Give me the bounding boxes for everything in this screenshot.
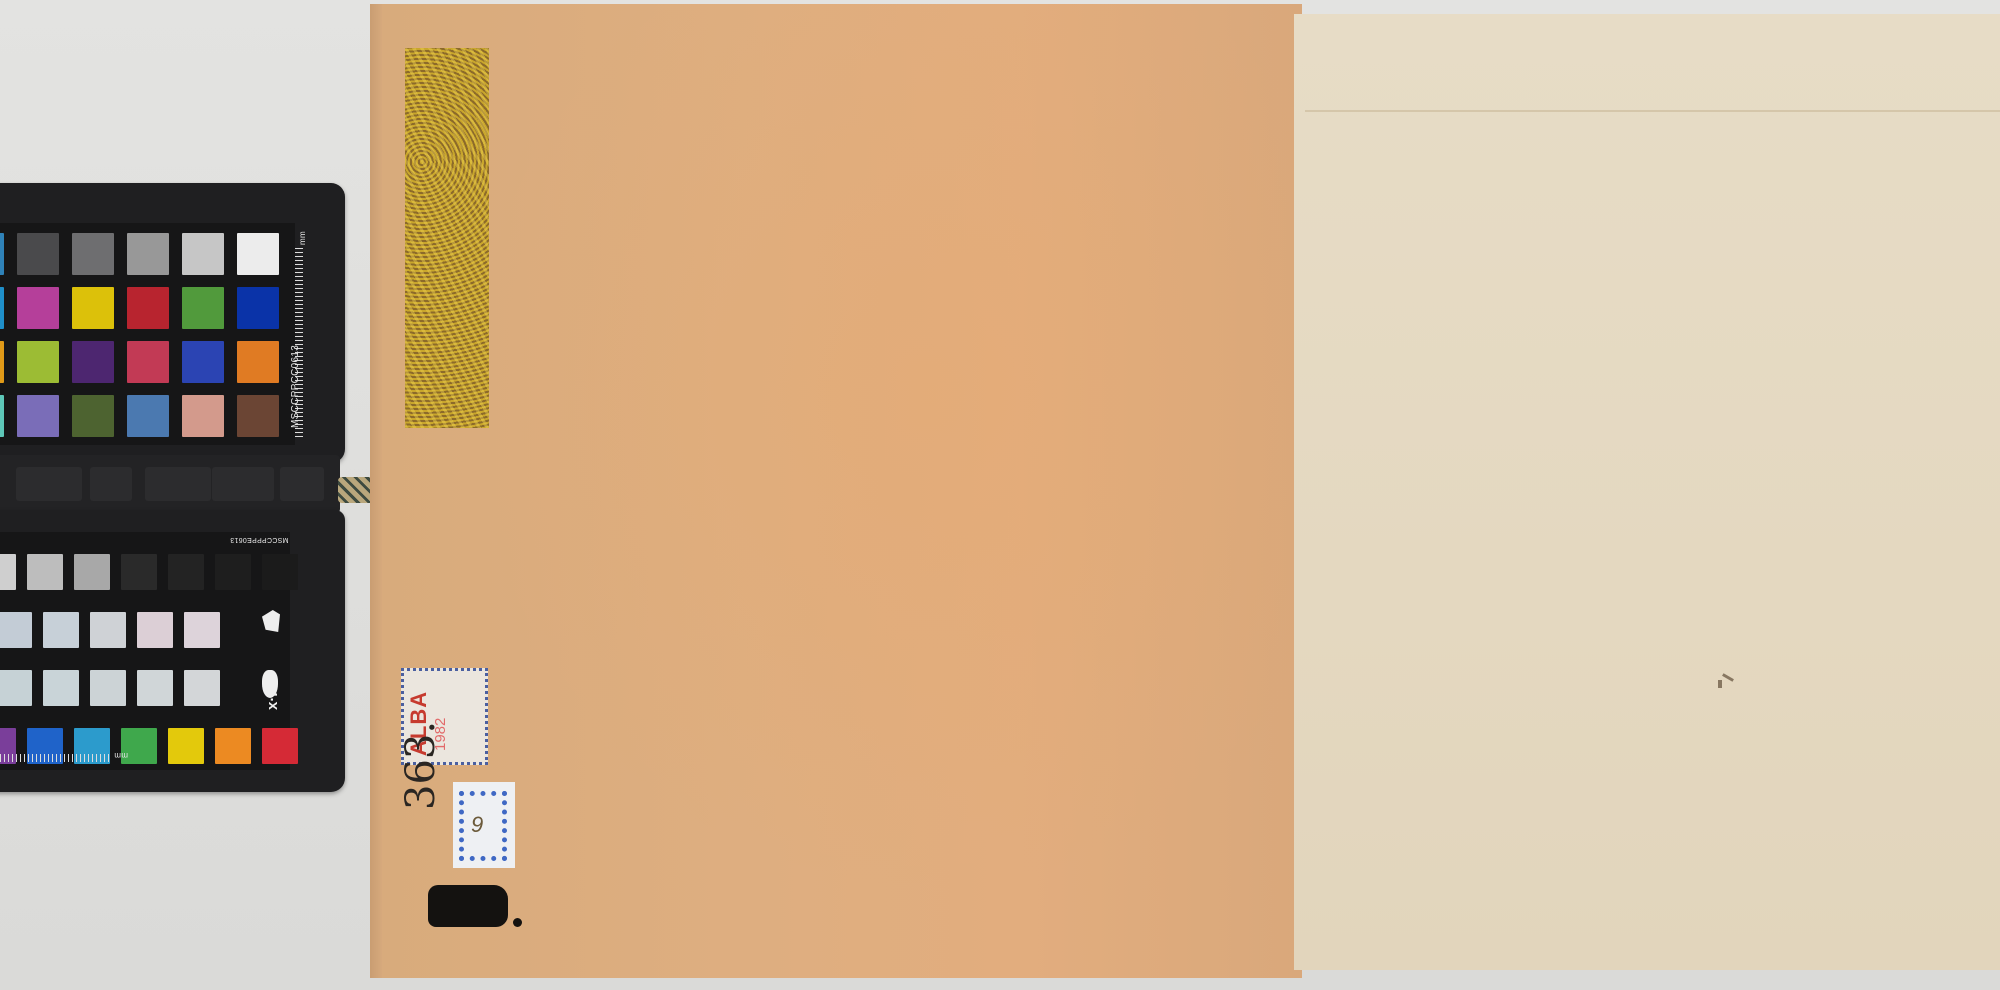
- hinge-segment: [16, 467, 82, 501]
- color-patch: [215, 728, 251, 764]
- paper-crease: [1305, 110, 2000, 112]
- scroll-paper: [1294, 14, 2000, 970]
- checker-bottom-code: MSCCPPPE0613: [230, 536, 288, 543]
- color-patch: [17, 233, 59, 275]
- color-patch: [184, 612, 220, 648]
- checker-bottom-unit: mm: [114, 751, 128, 760]
- scroll-cover-edge: [370, 4, 382, 978]
- color-patch: [237, 233, 279, 275]
- color-patch: [121, 554, 157, 590]
- color-patch: [72, 341, 114, 383]
- color-patch: [168, 554, 204, 590]
- color-patch: [137, 670, 173, 706]
- hinge-segment: [280, 467, 324, 501]
- color-patch: [17, 395, 59, 437]
- color-patch: [237, 341, 279, 383]
- stamp-label-mark: 9: [471, 812, 483, 838]
- color-patch: [90, 670, 126, 706]
- color-patch: [72, 395, 114, 437]
- color-patch: [137, 612, 173, 648]
- color-patch: [72, 287, 114, 329]
- checker-top-code: MSCCPPCC0613: [290, 345, 301, 428]
- color-patch: [43, 612, 79, 648]
- checker-top-unit: mm: [298, 231, 307, 245]
- mm-ruler-horizontal: [0, 754, 110, 762]
- hinge-segment: [90, 467, 132, 501]
- color-patch: [74, 554, 110, 590]
- color-patch: [127, 233, 169, 275]
- color-patch: [237, 395, 279, 437]
- hinge-segment: [145, 467, 211, 501]
- color-patch: [43, 670, 79, 706]
- color-patch: [127, 287, 169, 329]
- color-patch: [182, 233, 224, 275]
- color-checker-top: MSCCPPCC0613 mm: [0, 183, 345, 463]
- color-patch: [0, 670, 32, 706]
- color-patch: [127, 341, 169, 383]
- color-patch: [17, 287, 59, 329]
- color-patch: [90, 612, 126, 648]
- color-patch: [237, 287, 279, 329]
- color-patch: [215, 554, 251, 590]
- checker-hinge: [0, 455, 340, 513]
- color-patch: [27, 554, 63, 590]
- color-patch: [182, 341, 224, 383]
- color-patch: [0, 287, 4, 329]
- color-patch: [0, 341, 4, 383]
- color-patch: [0, 554, 16, 590]
- color-patch: [0, 612, 32, 648]
- color-patch: [182, 395, 224, 437]
- gold-title-strip: [405, 48, 489, 428]
- color-patch: [182, 287, 224, 329]
- color-patch: [127, 395, 169, 437]
- color-checker-bottom: MSCCPPPE0613 mm x·rite: [0, 510, 345, 792]
- color-patch: [168, 728, 204, 764]
- color-patch: [0, 395, 4, 437]
- color-patch: [262, 728, 298, 764]
- color-patch: [0, 233, 4, 275]
- stamp-label: 9: [453, 782, 515, 868]
- handwritten-inventory-number: 363.: [398, 721, 444, 810]
- color-checker-bottom-card: [0, 532, 290, 770]
- lightbulb-icon: [262, 670, 278, 698]
- color-patch: [17, 341, 59, 383]
- hinge-segment: [212, 467, 274, 501]
- color-checker-top-card: [0, 223, 295, 445]
- ink-character-mark: [428, 885, 508, 927]
- color-patch: [262, 554, 298, 590]
- ink-dot: [513, 918, 522, 927]
- color-patch: [184, 670, 220, 706]
- paper-stain: [1718, 680, 1722, 688]
- color-patch: [72, 233, 114, 275]
